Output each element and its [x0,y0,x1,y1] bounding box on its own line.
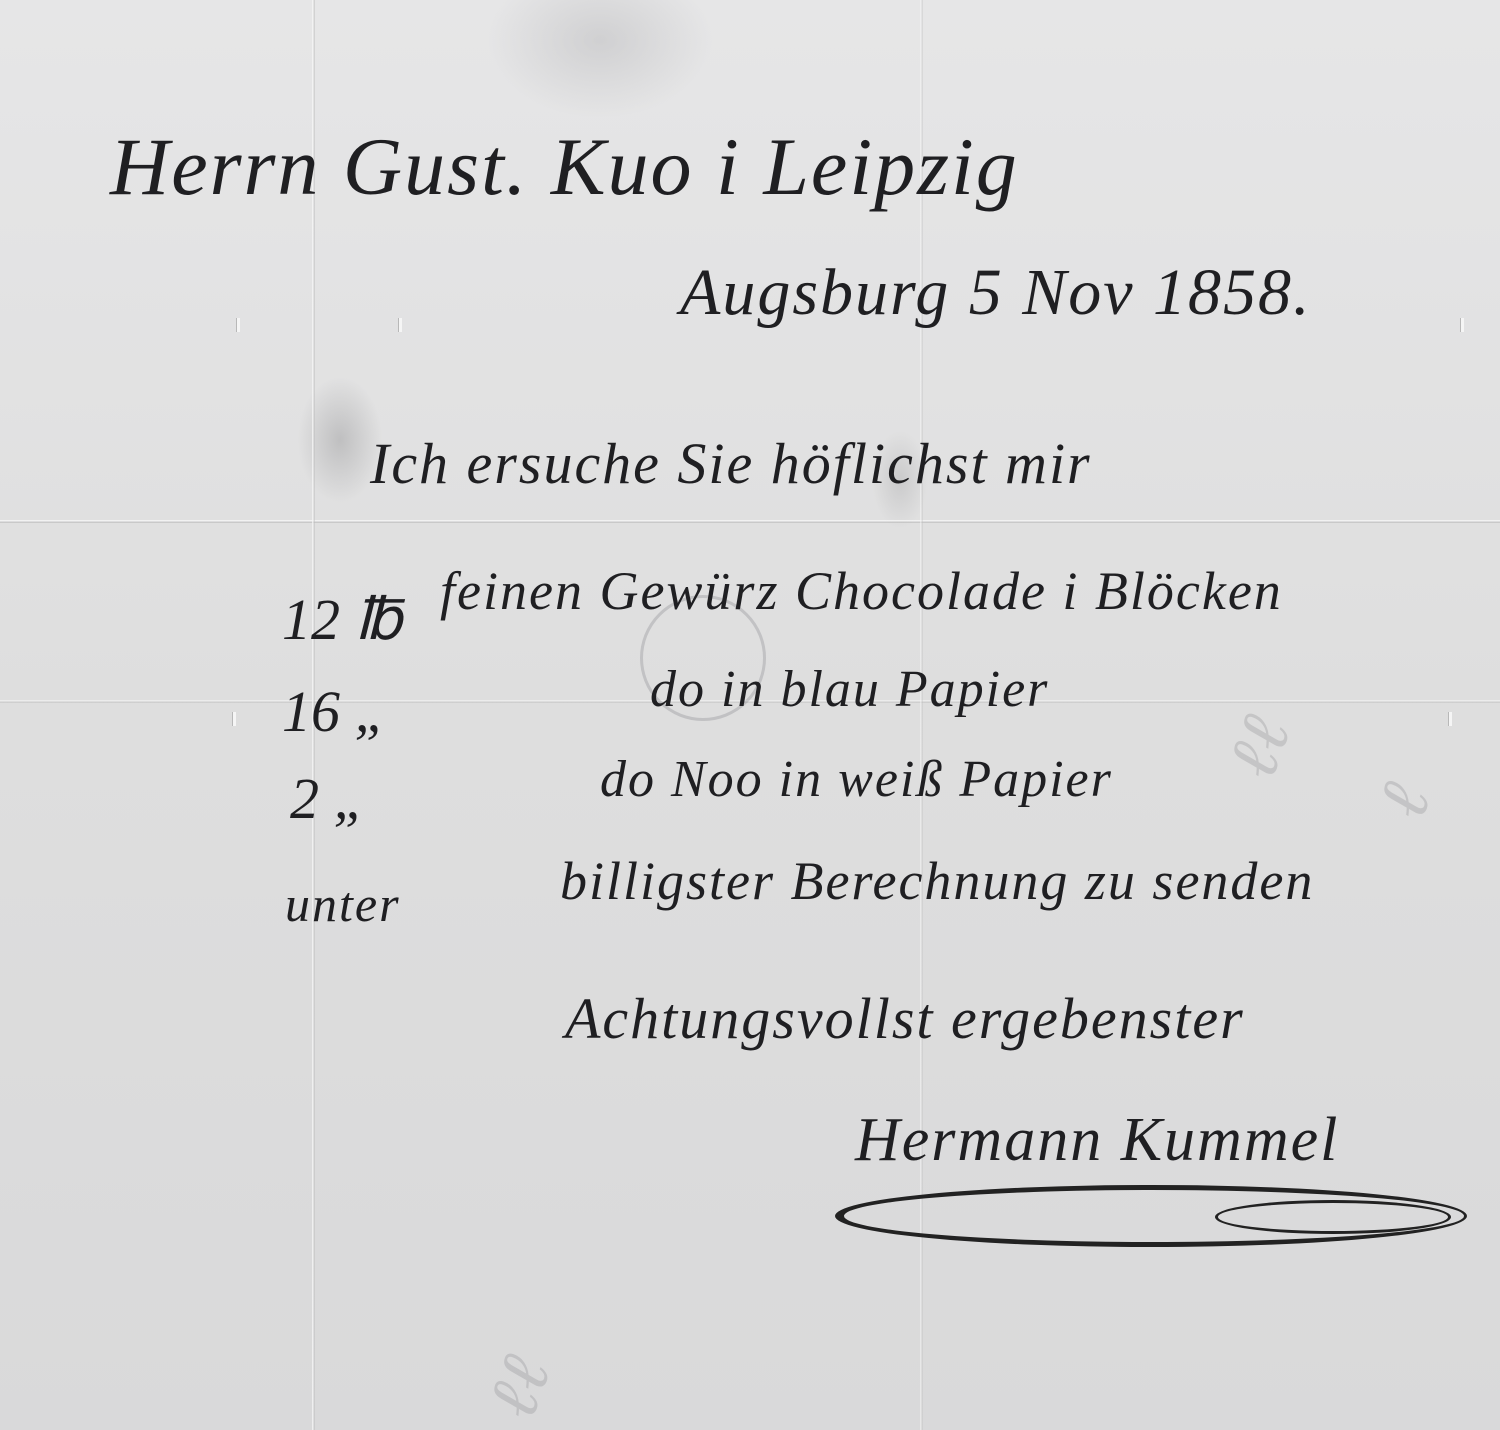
item-quantity: 2 „ [290,765,366,832]
pin-hole [398,318,402,332]
item-text: do Noo in weiß Papier [600,750,1113,809]
item-text: do in blau Papier [650,660,1049,719]
addressee-line: Herrn Gust. Kuo i Leipzig [110,120,1019,214]
signature: Hermann Kummel [855,1105,1339,1176]
fold-line-horizontal [0,520,1500,523]
opening-line: Ich ersuche Sie höflichst mir [370,430,1092,497]
instruction-line: billigster Berechnung zu senden [560,850,1314,912]
pin-hole [236,318,240,332]
item-quantity: 12 ℔ [282,585,402,653]
signature-flourish [1215,1200,1451,1234]
bleed-through-text: ℓ [1360,773,1448,829]
place-date-line: Augsburg 5 Nov 1858. [680,255,1312,331]
item-text: feinen Gewürz Chocolade i Blöcken [440,560,1283,622]
pin-hole [1460,318,1464,332]
item-quantity: 16 „ [282,678,387,745]
letter-page: ℓℓ ℓ ℓℓ Herrn Gust. Kuo i Leipzig Augsbu… [0,0,1500,1430]
instruction-prefix: unter [285,875,401,933]
pin-hole [1448,712,1452,726]
bleed-through-text: ℓℓ [470,1345,568,1428]
pin-hole [232,712,236,726]
closing-salutation: Achtungsvollst ergebenster [565,985,1245,1052]
bleed-through-text: ℓℓ [1210,705,1308,788]
